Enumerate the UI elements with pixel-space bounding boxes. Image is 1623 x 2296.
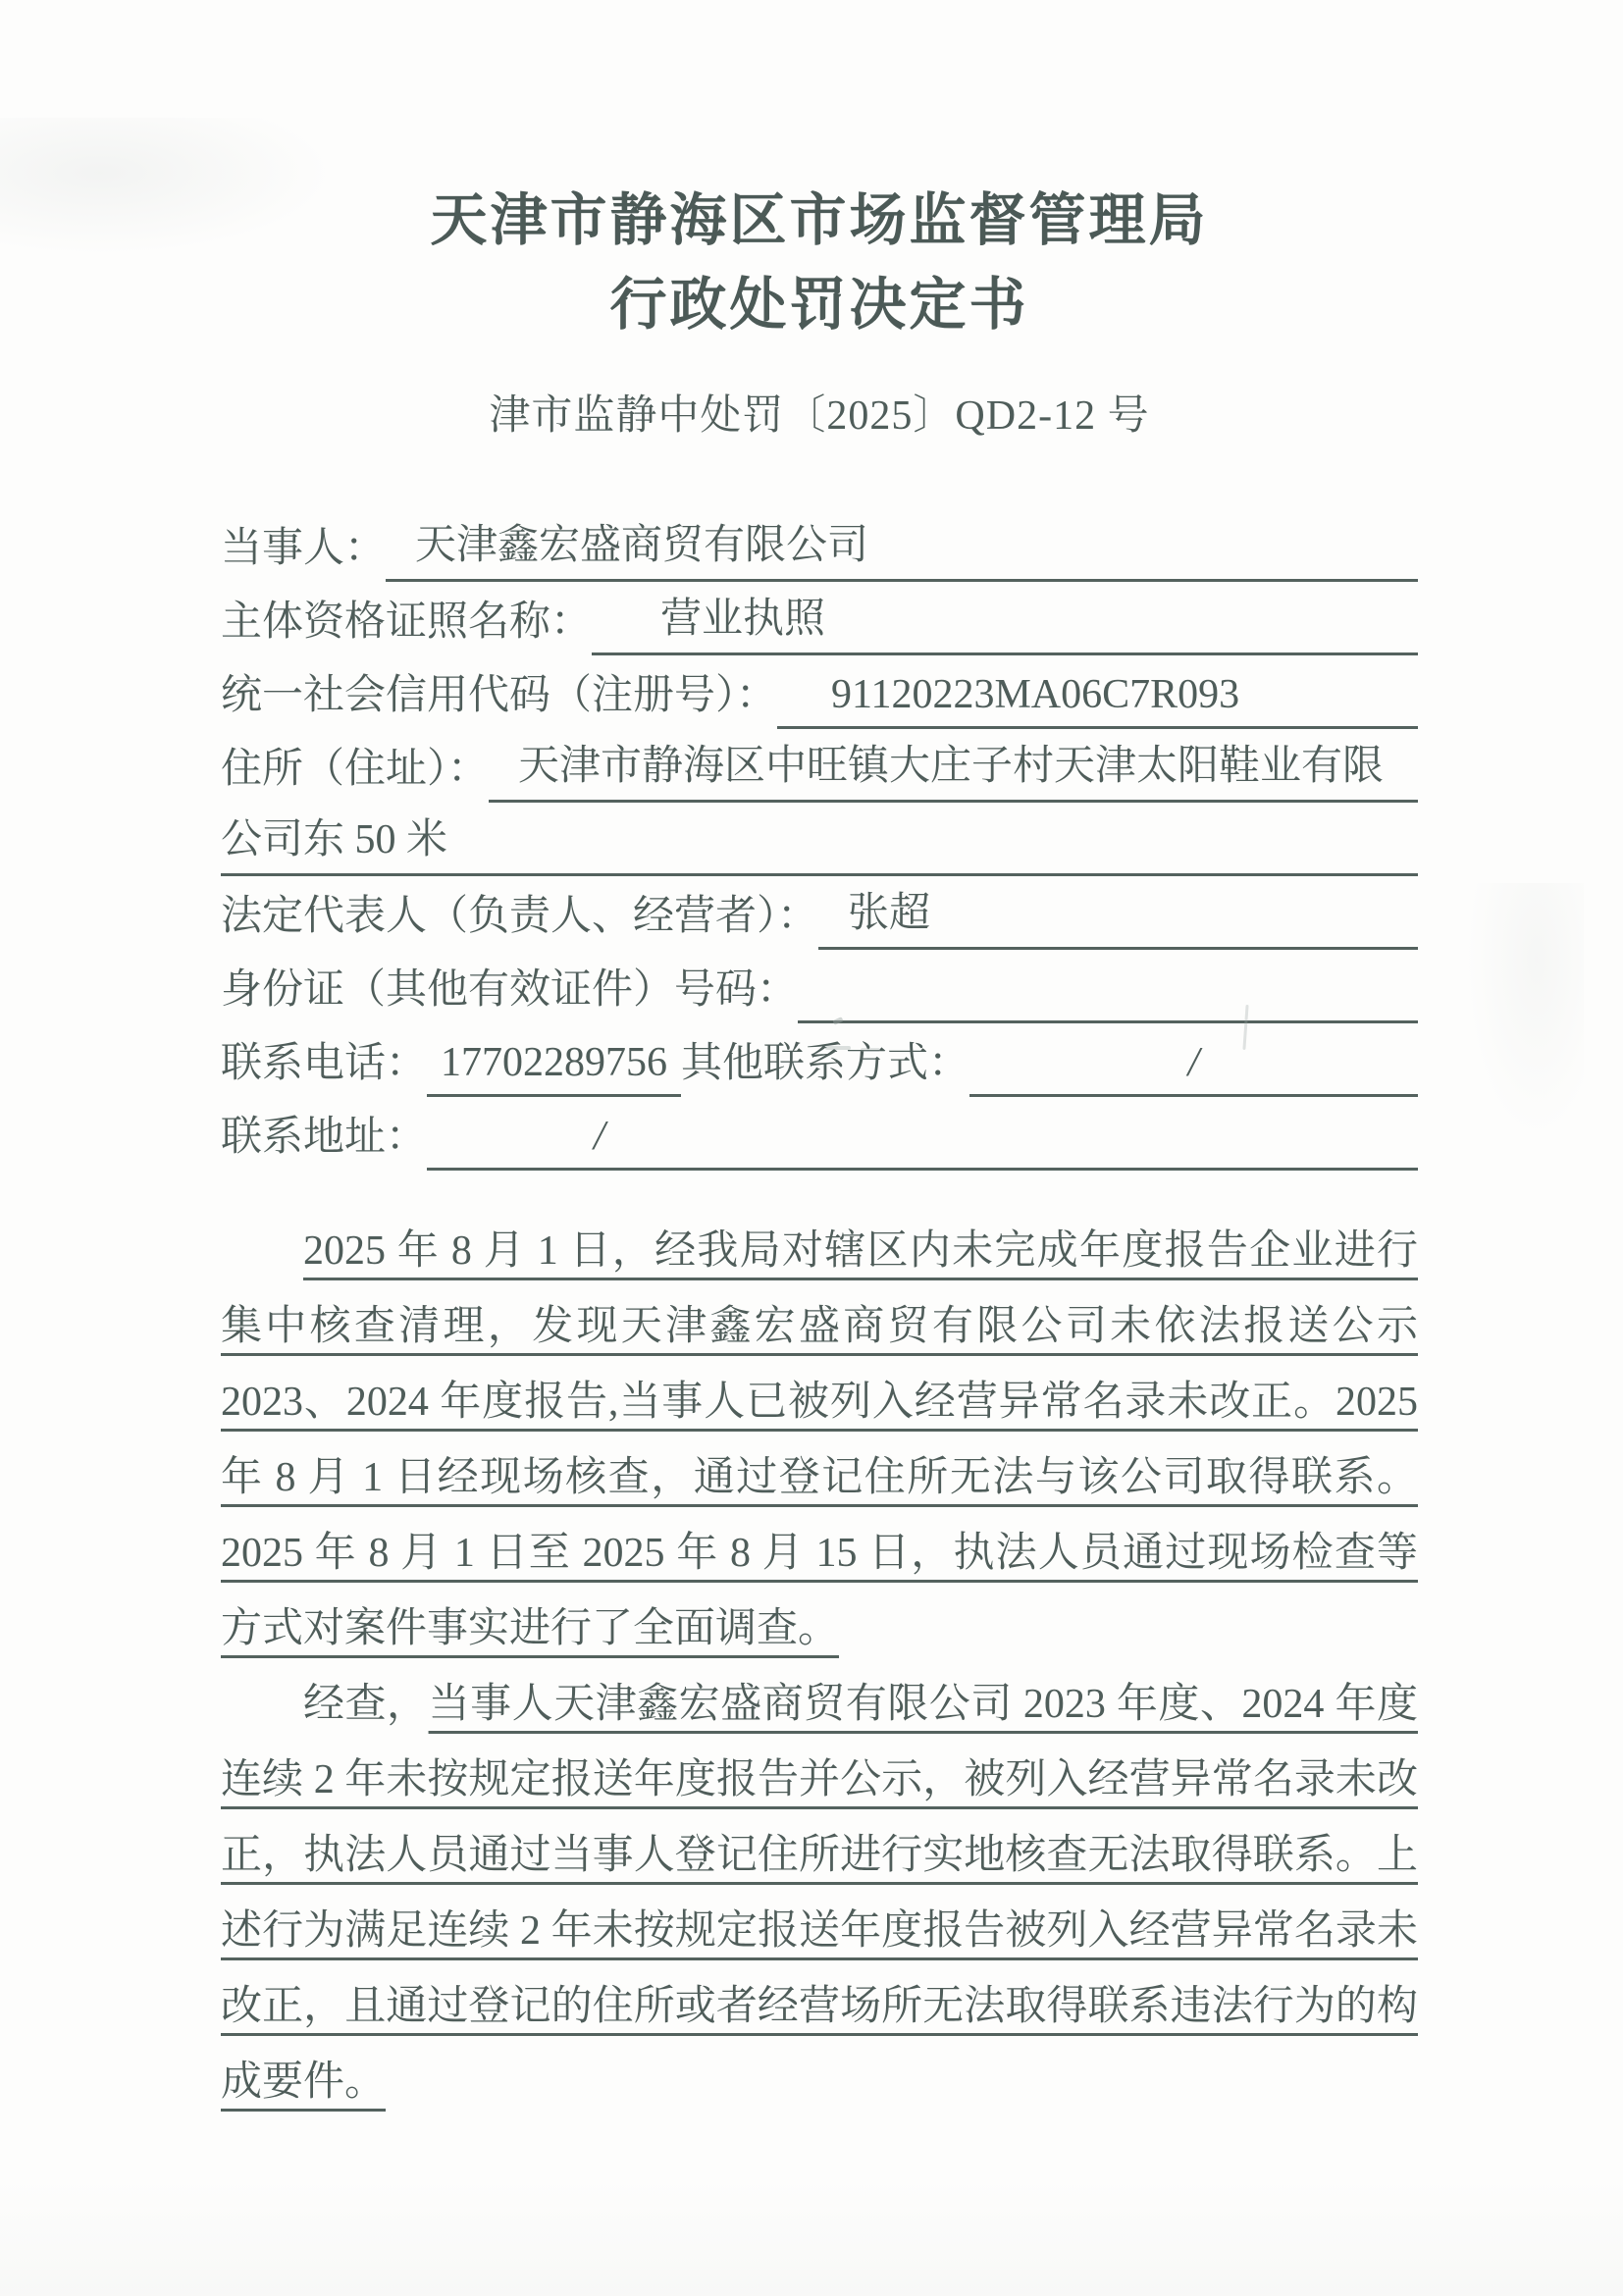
field-row-party: 当事人： 天津鑫宏盛商贸有限公司 [221,508,1418,582]
penalty-decision-document-page: 天津市静海区市场监督管理局 行政处罚决定书 津市监静中处罚〔2025〕QD2-1… [0,0,1623,2296]
field-row-contact-address: 联系地址： / [221,1097,1418,1171]
phone-value: 17702289756 [427,1039,681,1097]
address-value-line1: 天津市静海区中旺镇大庄子村天津太阳鞋业有限 [489,733,1418,803]
body-paragraph-findings: 经查，当事人天津鑫宏盛商贸有限公司 2023 年度、2024 年度连续 2 年未… [221,1667,1418,2120]
id-number-label: 身份证（其他有效证件）号码： [221,957,798,1023]
field-row-license: 主体资格证照名称： 营业执照 [221,582,1418,655]
license-value: 营业执照 [592,586,1418,655]
other-contact-label: 其他联系方式： [681,1030,969,1097]
phone-label: 联系电话： [221,1030,427,1097]
credit-code-label: 统一社会信用代码（注册号）： [221,662,777,729]
doc-number: 津市监静中处罚〔2025〕QD2-12 号 [221,383,1418,442]
decision-body: 2025 年 8 月 1 日，经我局对辖区内未完成年度报告企业进行集中核查清理，… [221,1214,1418,2120]
body-paragraph-investigation: 2025 年 8 月 1 日，经我局对辖区内未完成年度报告企业进行集中核查清理，… [221,1214,1418,1667]
contact-address-label: 联系地址： [221,1104,427,1171]
id-number-value-redacted [798,1013,1418,1023]
contact-address-value: / [427,1113,1418,1171]
document-content: 天津市静海区市场监督管理局 行政处罚决定书 津市监静中处罚〔2025〕QD2-1… [221,0,1418,2120]
redaction-smudge [825,1046,851,1050]
field-row-id-number: 身份证（其他有效证件）号码： [221,950,1418,1023]
address-label: 住所（住址）： [221,736,489,803]
redaction-smudge [861,1048,880,1052]
scan-artifact-bottom [0,2178,1623,2296]
party-info-fields: 当事人： 天津鑫宏盛商贸有限公司 主体资格证照名称： 营业执照 统一社会信用代码… [221,508,1418,1171]
other-contact-value: / [969,1039,1418,1097]
field-row-address-wrap: 公司东 50 米 [221,803,1418,876]
field-row-phone: 联系电话： 17702289756 其他联系方式： / [221,1023,1418,1097]
party-label: 当事人： [221,515,386,582]
address-value-line2: 公司东 50 米 [221,807,1418,876]
legal-rep-value: 张超 [818,880,1418,950]
field-row-address: 住所（住址）： 天津市静海区中旺镇大庄子村天津太阳鞋业有限 [221,729,1418,803]
legal-rep-label: 法定代表人（负责人、经营者）： [221,883,818,950]
document-title: 天津市静海区市场监督管理局 行政处罚决定书 [221,179,1418,347]
party-value: 天津鑫宏盛商贸有限公司 [386,512,1418,582]
paragraph1-text: 2025 年 8 月 1 日，经我局对辖区内未完成年度报告企业进行集中核查清理，… [221,1228,1418,1651]
field-row-credit-code: 统一社会信用代码（注册号）： 91120223MA06C7R093 [221,655,1418,729]
title-line-authority: 天津市静海区市场监督管理局 [221,179,1418,263]
scan-artifact-right [1466,883,1584,1138]
field-row-legal-rep: 法定代表人（负责人、经营者）： 张超 [221,876,1418,950]
paragraph2-lead: 经查， [303,1682,429,1727]
credit-code-value: 91120223MA06C7R093 [777,671,1418,729]
paragraph2-text: 当事人天津鑫宏盛商贸有限公司 2023 年度、2024 年度连续 2 年未按规定… [221,1682,1418,2105]
license-label: 主体资格证照名称： [221,589,592,655]
title-line-doc-type: 行政处罚决定书 [221,263,1418,347]
